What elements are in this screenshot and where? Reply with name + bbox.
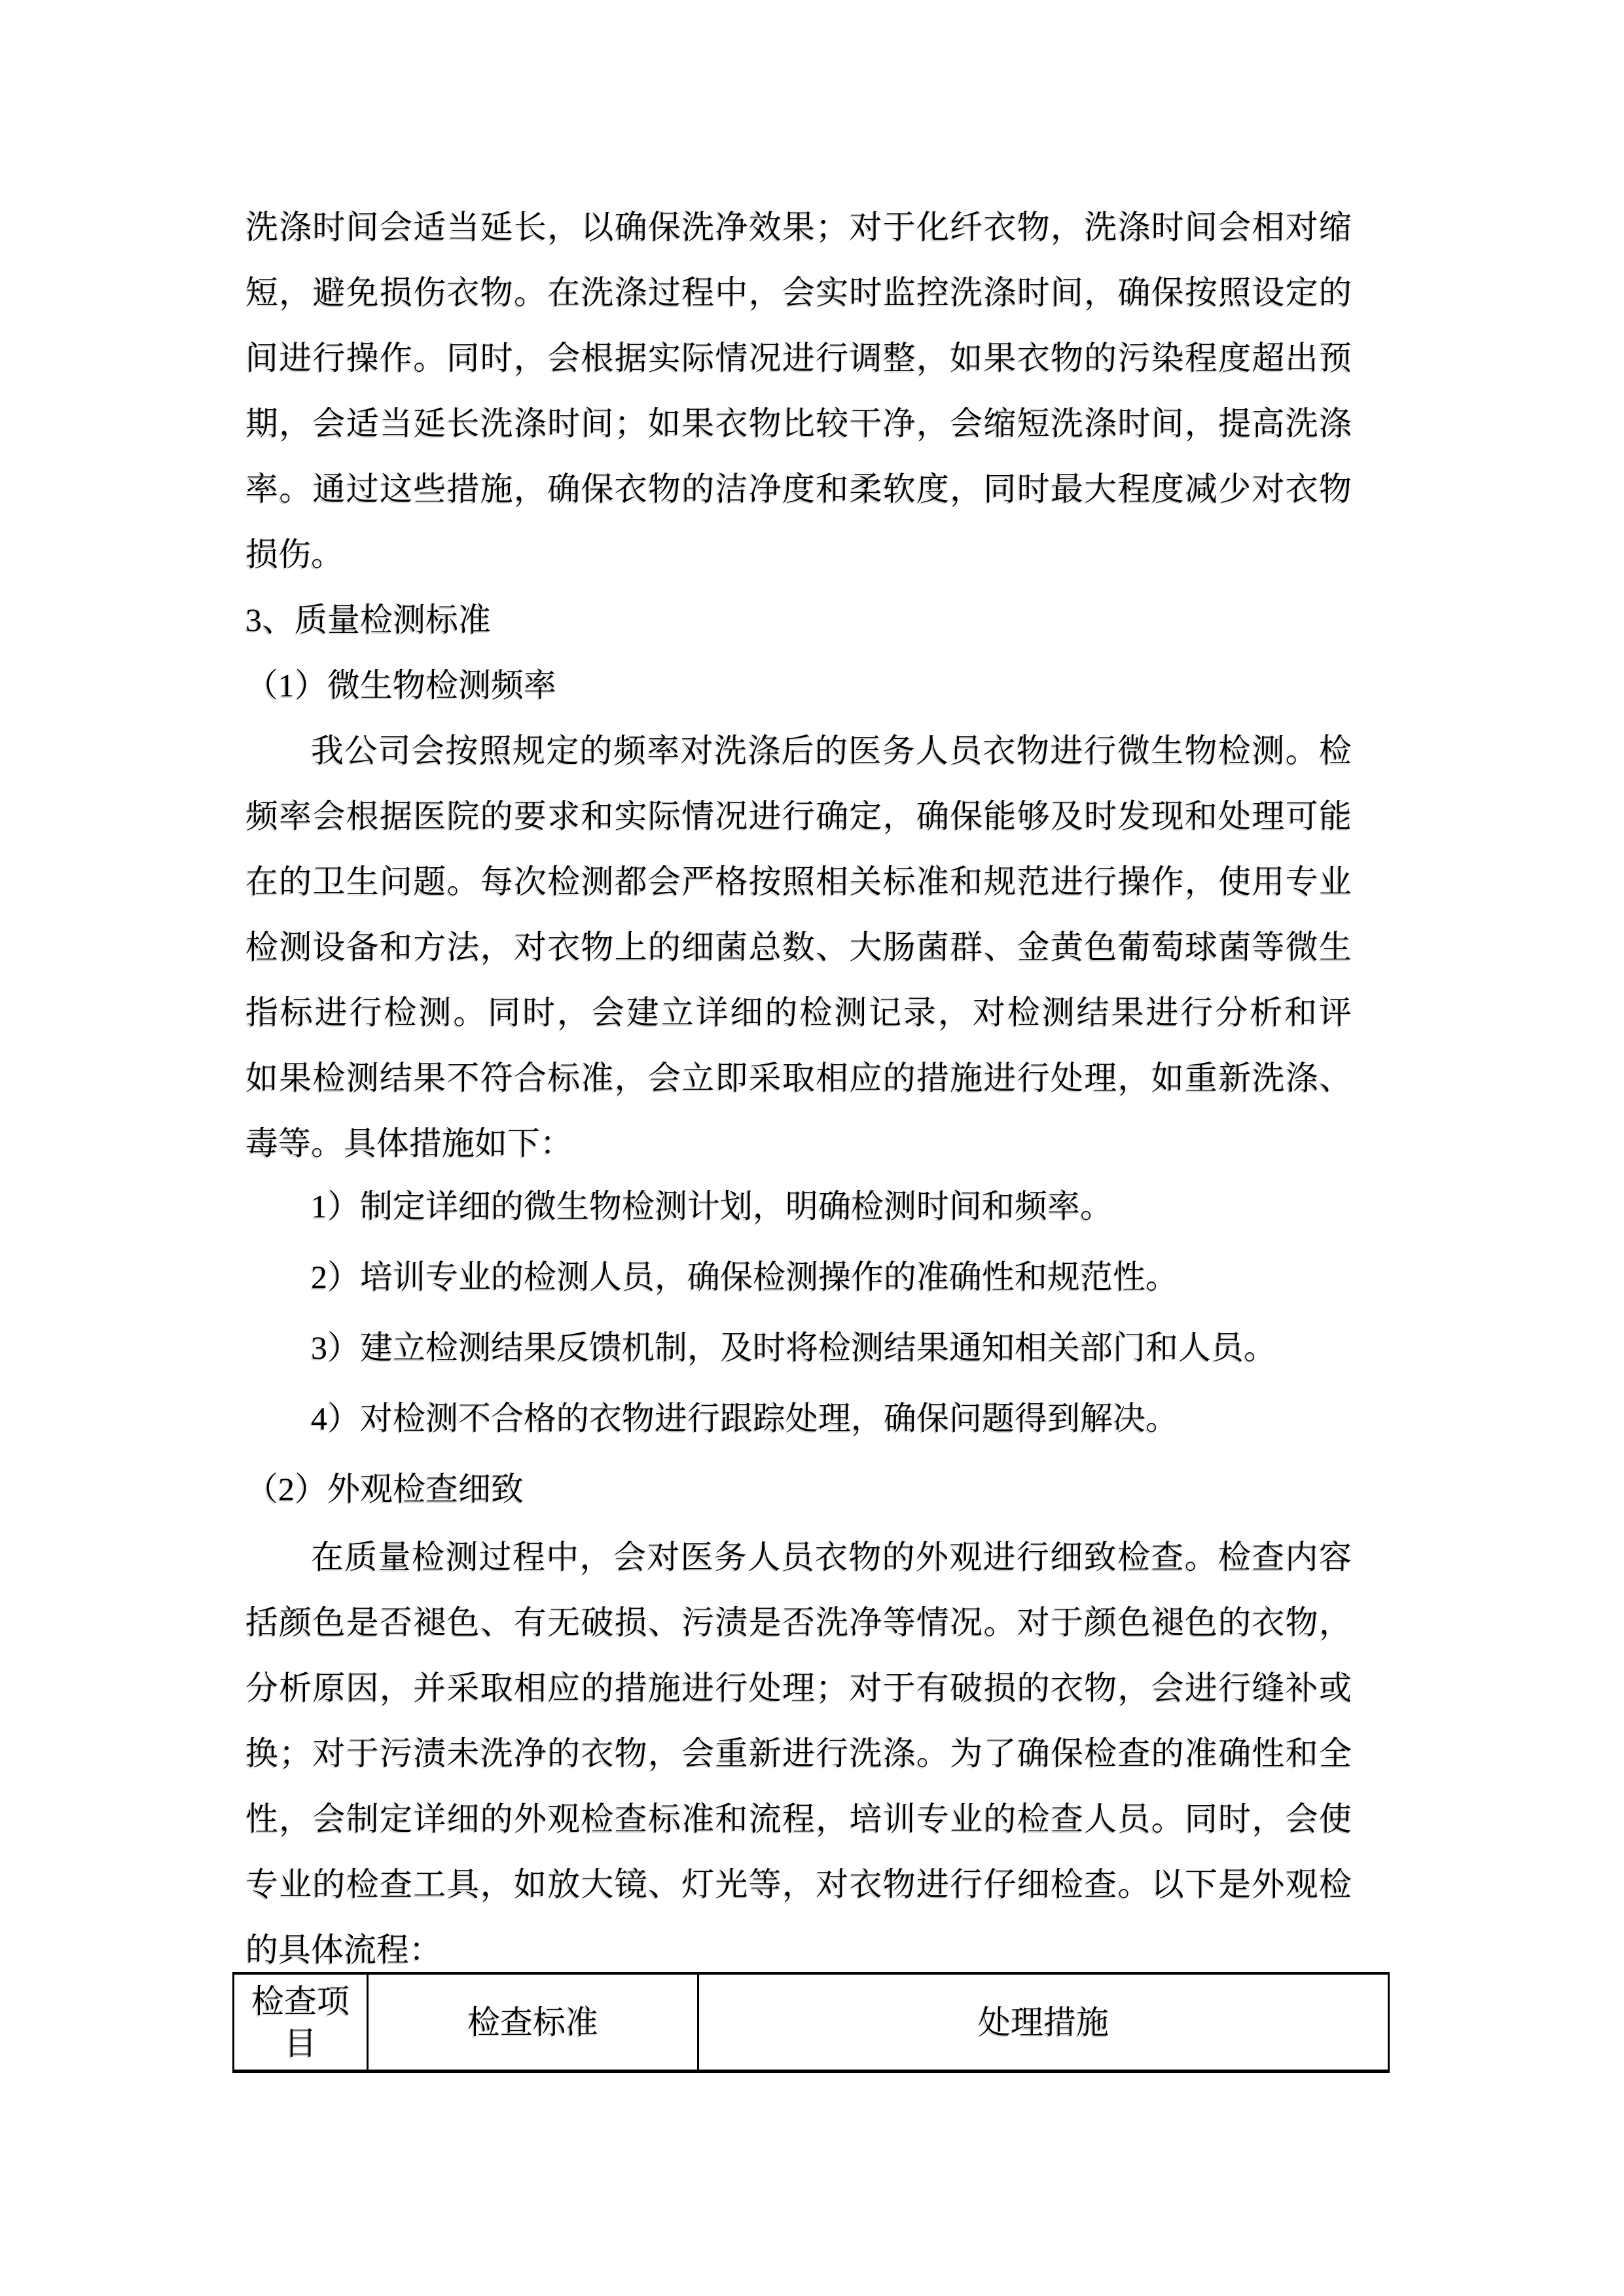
text-line: 指标进行检测。同时，会建立详细的检测记录，对检测结果进行分析和评估。 (245, 980, 1352, 1045)
list-item: 2）培训专业的检测人员，确保检测操作的准确性和规范性。 (245, 1242, 1352, 1312)
text-line: 期，会适当延长洗涤时间；如果衣物比较干净，会缩短洗涤时间，提高洗涤效 (245, 391, 1352, 456)
list-item: 3）建立检测结果反馈机制，及时将检测结果通知相关部门和人员。 (245, 1312, 1352, 1383)
paragraph-appearance-inspection: 在质量检测过程中，会对医务人员衣物的外观进行细致检查。检查内容包 括颜色是否褪色… (245, 1524, 1352, 1982)
paragraph-microbial-testing: 我公司会按照规定的频率对洗涤后的医务人员衣物进行微生物检测。检测 频率会根据医院… (245, 718, 1352, 1176)
text-line: 在质量检测过程中，会对医务人员衣物的外观进行细致检查。检查内容包 (245, 1524, 1352, 1590)
text-line: 检测设备和方法，对衣物上的细菌总数、大肠菌群、金黄色葡萄球菌等微生物 (245, 914, 1352, 980)
text-line: 在的卫生问题。每次检测都会严格按照相关标准和规范进行操作，使用专业的 (245, 849, 1352, 914)
text-line: 毒等。具体措施如下： (245, 1111, 1352, 1176)
text-line: 专业的检查工具，如放大镜、灯光等，对衣物进行仔细检查。以下是外观检查 (245, 1852, 1352, 1917)
text-line: 频率会根据医院的要求和实际情况进行确定，确保能够及时发现和处理可能存 (245, 783, 1352, 849)
text-line: 性，会制定详细的外观检查标准和流程，培训专业的检查人员。同时，会使用 (245, 1786, 1352, 1852)
subheading-appearance-inspection: （2）外观检查细致 (245, 1454, 1352, 1524)
paragraph-washing-time: 洗涤时间会适当延长，以确保洗净效果；对于化纤衣物，洗涤时间会相对缩 短，避免损伤… (245, 194, 1352, 587)
document-canvas: { "doc": { "para_washing": { "lines": [ … (0, 0, 1624, 2296)
text-line: 短，避免损伤衣物。在洗涤过程中，会实时监控洗涤时间，确保按照设定的时 (245, 260, 1352, 325)
text-line: 损伤。 (245, 522, 1352, 587)
list-item: 1）制定详细的微生物检测计划，明确检测时间和频率。 (245, 1171, 1352, 1242)
subheading-microbial-testing-frequency: （1）微生物检测频率 (245, 653, 1352, 718)
inspection-table-wrap: 检查项目 检查标准 处理措施 (232, 1972, 1378, 2073)
measures-list: 1）制定详细的微生物检测计划，明确检测时间和频率。 2）培训专业的检测人员，确保… (245, 1171, 1352, 1454)
table-header-handling-measures: 处理措施 (698, 1973, 1389, 2072)
table-header-check-item: 检查项目 (234, 1973, 368, 2072)
heading-quality-inspection-standards: 3、质量检测标准 (245, 587, 1352, 653)
inspection-table: 检查项目 检查标准 处理措施 (232, 1972, 1390, 2073)
text-line: 洗涤时间会适当延长，以确保洗净效果；对于化纤衣物，洗涤时间会相对缩 (245, 194, 1352, 260)
text-line: 括颜色是否褪色、有无破损、污渍是否洗净等情况。对于颜色褪色的衣物，会 (245, 1590, 1352, 1655)
table-header-check-standard: 检查标准 (368, 1973, 698, 2072)
text-line: 如果检测结果不符合标准，会立即采取相应的措施进行处理，如重新洗涤、消 (245, 1045, 1352, 1111)
text-line: 分析原因，并采取相应的措施进行处理；对于有破损的衣物，会进行缝补或更 (245, 1655, 1352, 1721)
table-header-row: 检查项目 检查标准 处理措施 (234, 1973, 1389, 2072)
list-item: 4）对检测不合格的衣物进行跟踪处理，确保问题得到解决。 (245, 1383, 1352, 1454)
text-line: 率。通过这些措施，确保衣物的洁净度和柔软度，同时最大程度减少对衣物的 (245, 456, 1352, 522)
text-line: 换；对于污渍未洗净的衣物，会重新进行洗涤。为了确保检查的准确性和全面 (245, 1721, 1352, 1786)
document-page: 洗涤时间会适当延长，以确保洗净效果；对于化纤衣物，洗涤时间会相对缩 短，避免损伤… (245, 194, 1352, 2073)
text-line: 间进行操作。同时，会根据实际情况进行调整，如果衣物的污染程度超出预 (245, 325, 1352, 391)
text-line: 我公司会按照规定的频率对洗涤后的医务人员衣物进行微生物检测。检测 (245, 718, 1352, 783)
